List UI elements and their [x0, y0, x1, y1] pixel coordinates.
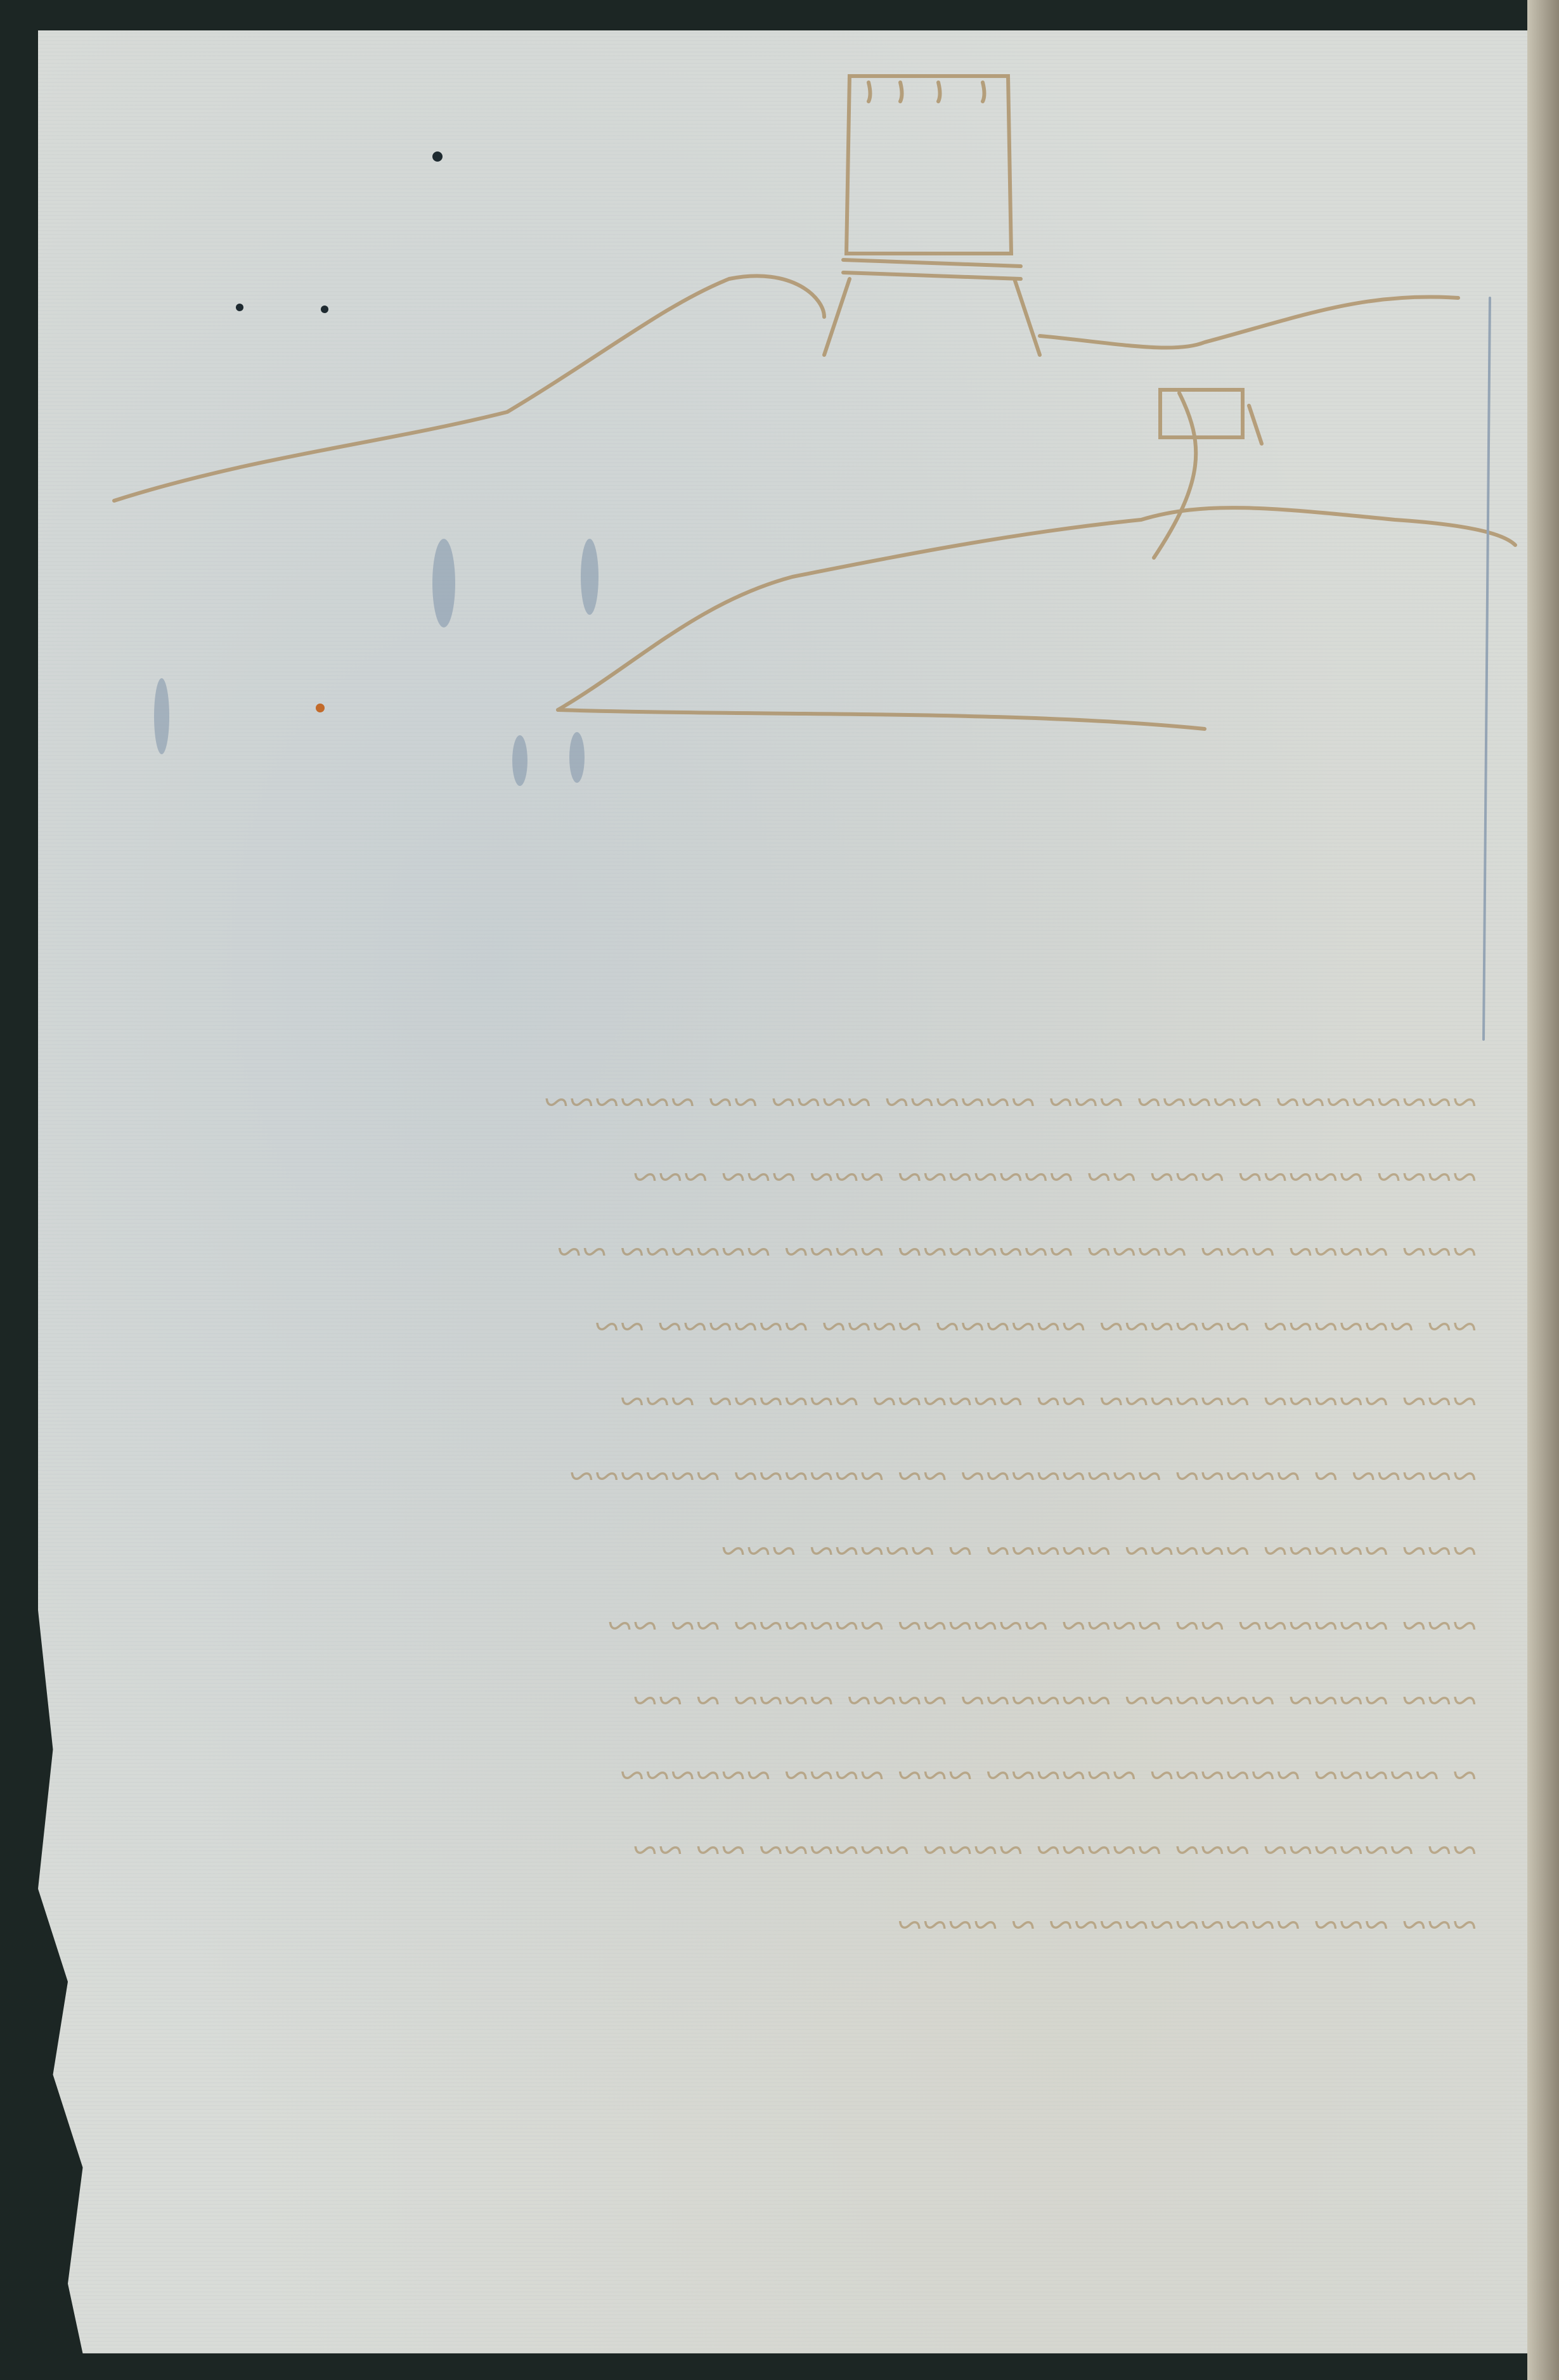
- handwriting-line: ~~~ ~~~~~ ~~~~~ ~~~~~ ~ ~~~~~ ~~~: [114, 1526, 1477, 1601]
- handwriting-line: ~~~ ~~~~ ~~~~~~ ~~~~~~ ~~~~ ~~~~ ~ ~~: [114, 1676, 1477, 1751]
- bleed-through-handwriting: ~~~~~~~~ ~~~~~ ~~~ ~~~~~~ ~~~~ ~~ ~~~~~~…: [114, 1077, 1477, 1975]
- tower-icon: [846, 76, 1011, 254]
- handwriting-line: ~~~~~ ~ ~~~~~ ~~~~~~~~ ~~ ~~~~~~ ~~~~~~: [114, 1451, 1477, 1526]
- handwriting-line: ~~~ ~~~ ~~~~~~~~~~ ~ ~~~~: [114, 1900, 1477, 1975]
- handwriting-line: ~~~ ~~~~~~ ~~ ~~~~ ~~~~~~ ~~~~~~ ~~ ~~: [114, 1601, 1477, 1676]
- handwriting-line: ~~ ~~~~~~ ~~~ ~~~~~ ~~~~ ~~~~~~ ~~ ~~: [114, 1825, 1477, 1900]
- handwriting-line: ~~~ ~~~~ ~~~ ~~~~ ~~~~~~~ ~~~~ ~~~~~~ ~~: [114, 1227, 1477, 1302]
- handwriting-line: ~ ~~~~~ ~~~~~~ ~~~~~~ ~~~ ~~~~ ~~~~~~: [114, 1751, 1477, 1825]
- handwriting-line: ~~ ~~~~~~ ~~~~~~ ~~~~~~ ~~~~ ~~~~~~ ~~: [114, 1302, 1477, 1377]
- handwriting-line: ~~~~ ~~~~~ ~~~ ~~ ~~~~~~~ ~~~ ~~~ ~~~: [114, 1152, 1477, 1227]
- handwriting-line: ~~~~~~~~ ~~~~~ ~~~ ~~~~~~ ~~~~ ~~ ~~~~~~: [114, 1077, 1477, 1152]
- handwriting-line: ~~~ ~~~~~ ~~~~~~ ~~ ~~~~~~ ~~~~~~ ~~~: [114, 1377, 1477, 1451]
